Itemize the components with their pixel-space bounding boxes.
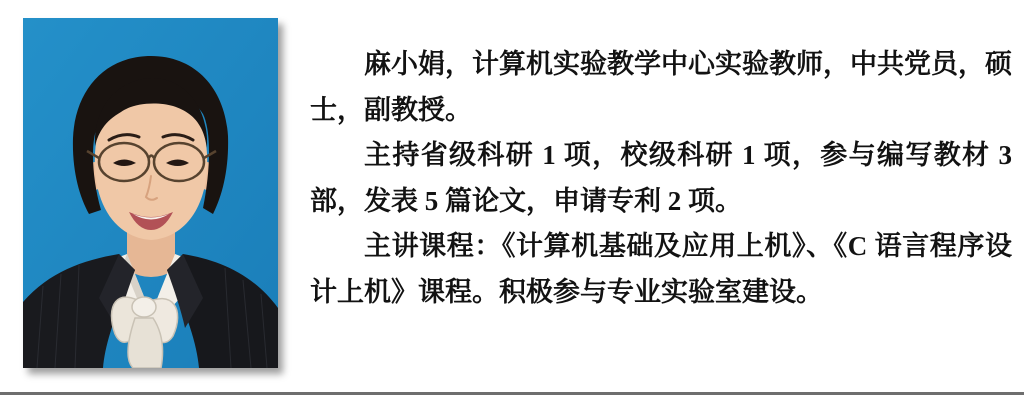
portrait-photo — [23, 18, 278, 368]
profile-page: 麻小娟，计算机实验教学中心实验教师，中共党员，硕士，副教授。 主持省级科研 1 … — [0, 0, 1024, 402]
portrait-photo-illustration — [23, 18, 278, 368]
bio-paragraph-courses: 主讲课程：《计算机基础及应用上机》、《C 语言程序设计上机》课程。积极参与专业实… — [310, 224, 1012, 315]
bottom-divider — [0, 392, 1024, 395]
bio-paragraph-research: 主持省级科研 1 项，校级科研 1 项，参与编写教材 3 部，发表 5 篇论文，… — [310, 133, 1012, 224]
bio-paragraph-intro: 麻小娟，计算机实验教学中心实验教师，中共党员，硕士，副教授。 — [310, 42, 1012, 133]
bio-text: 麻小娟，计算机实验教学中心实验教师，中共党员，硕士，副教授。 主持省级科研 1 … — [310, 42, 1012, 316]
